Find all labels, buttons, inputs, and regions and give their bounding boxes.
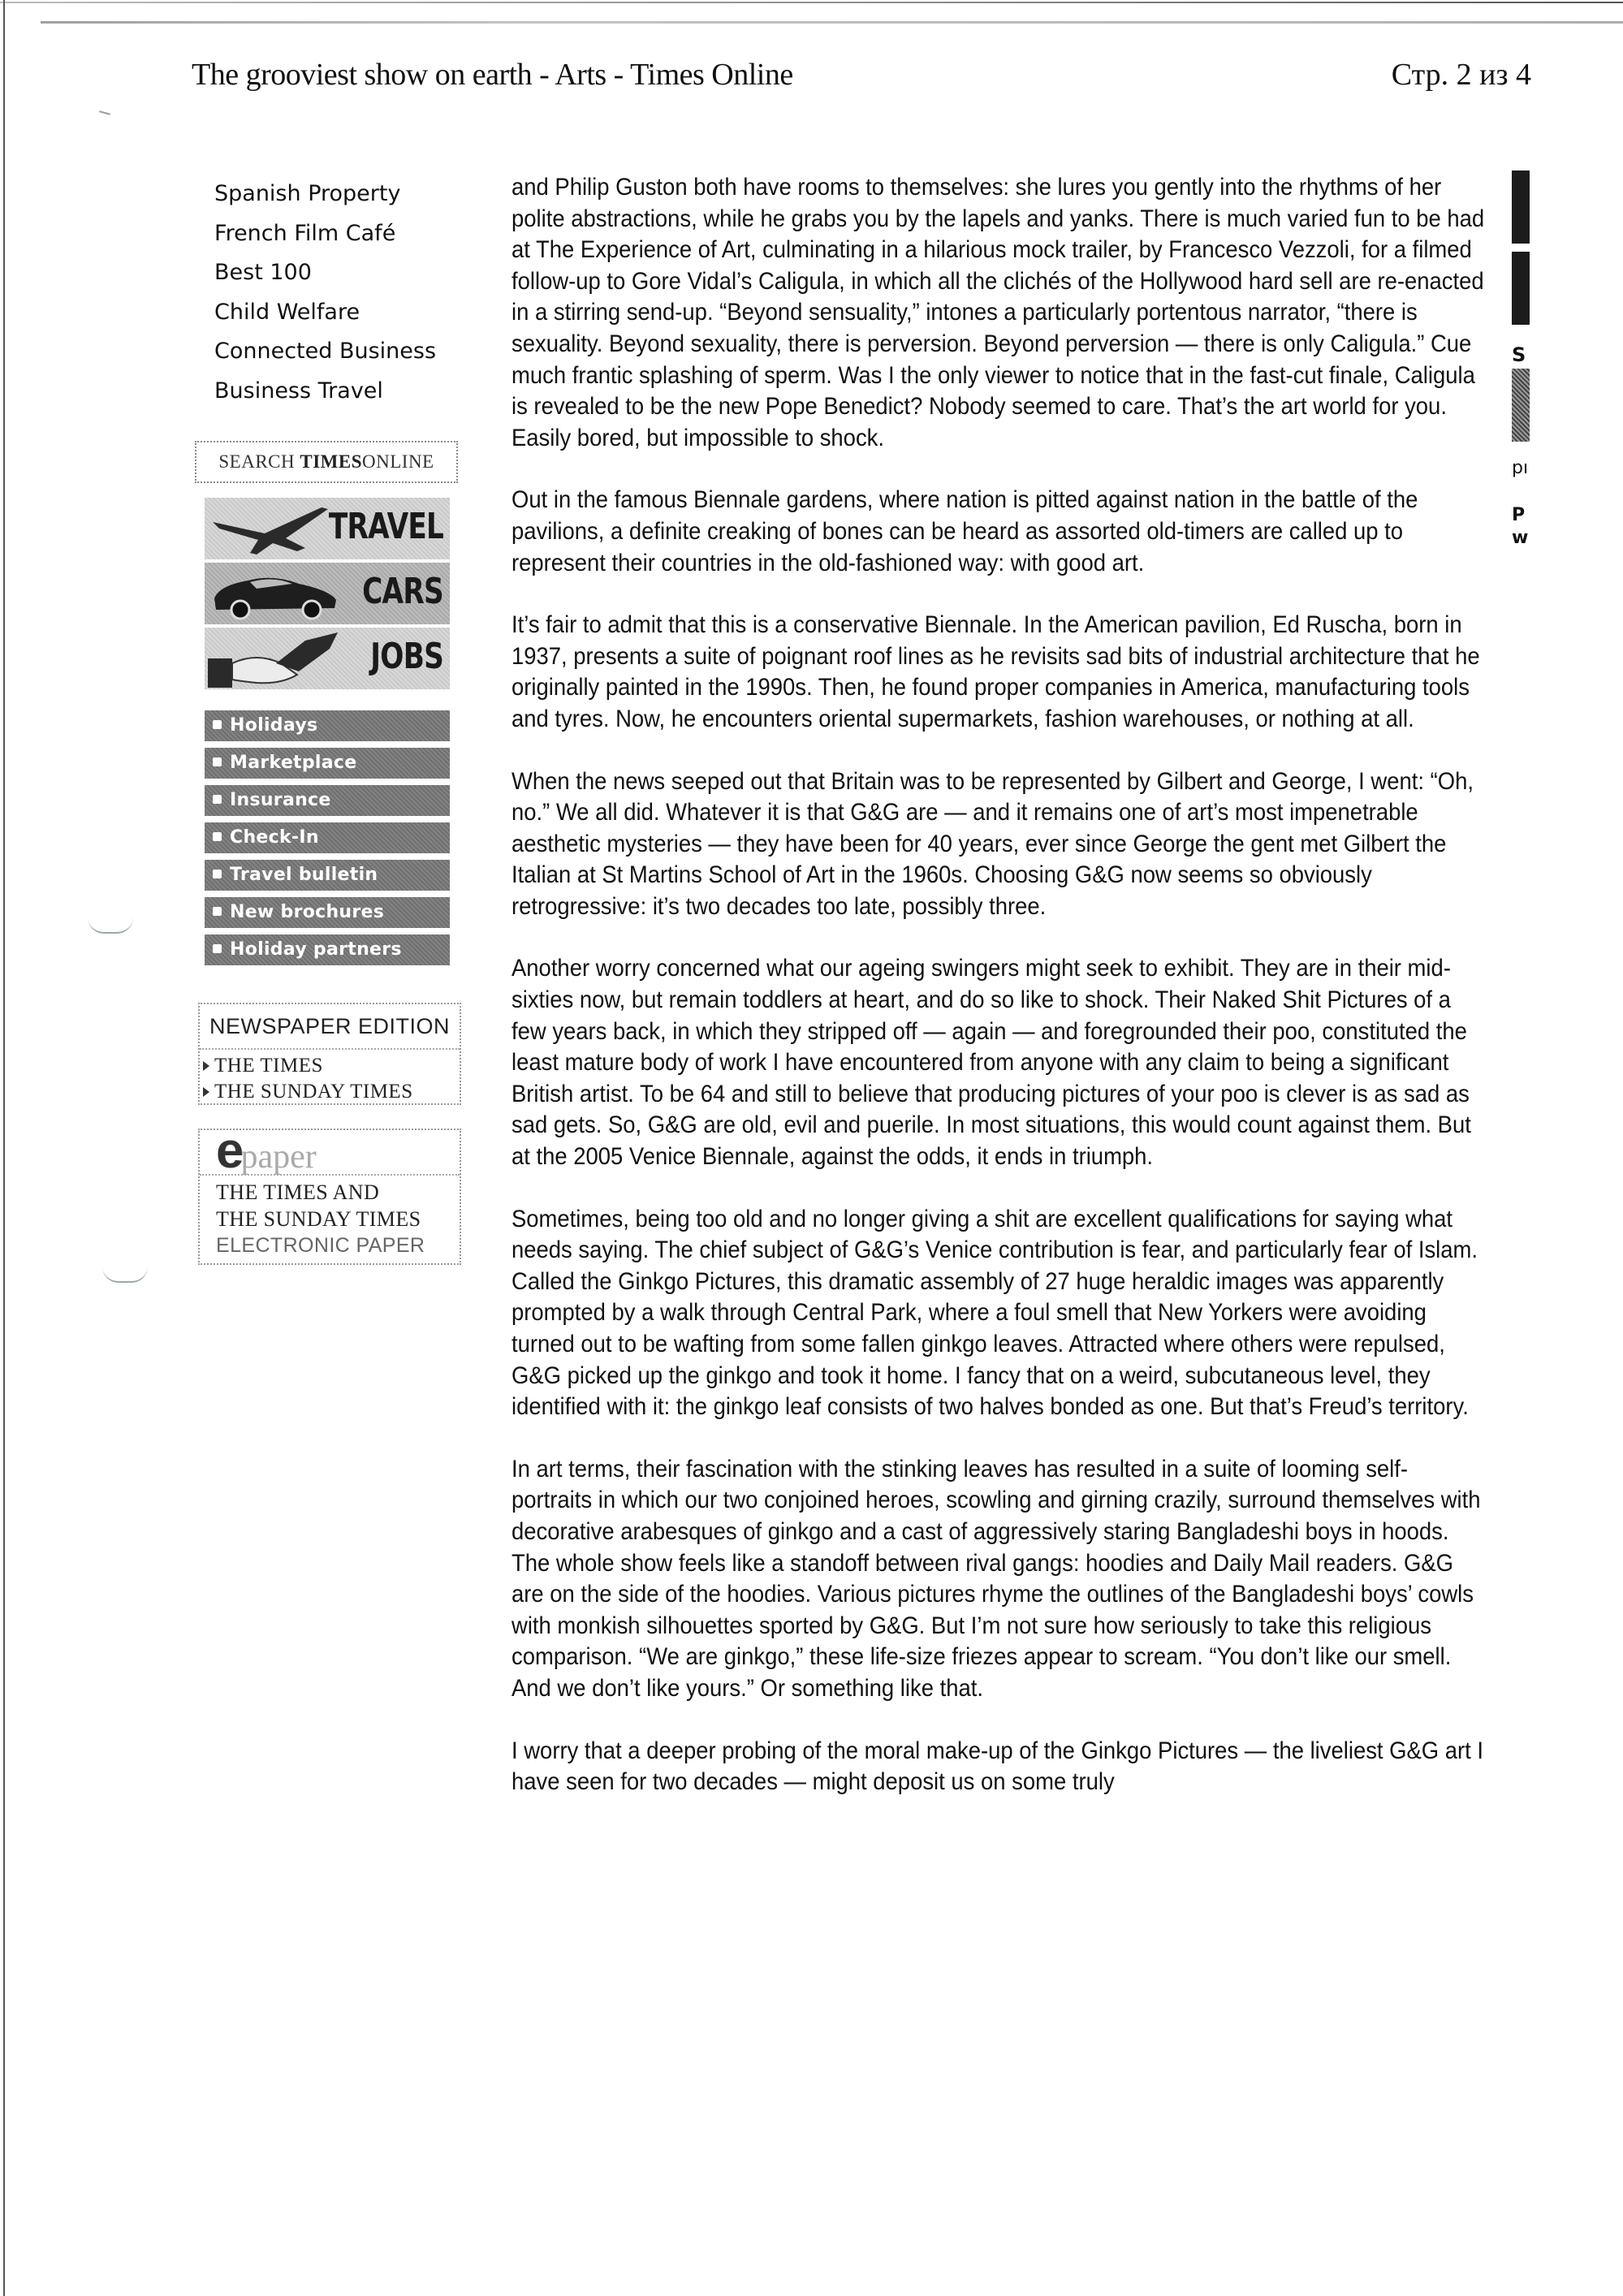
square-bullet-icon <box>213 720 222 729</box>
nav-button-marketplace[interactable]: Marketplace <box>205 748 450 779</box>
right-column-cutoff: S pı P w <box>1512 170 1530 549</box>
sidebar-link-best-100[interactable]: Best 100 <box>214 253 469 293</box>
promo-travel[interactable]: TRAVEL <box>205 498 450 559</box>
scan-mark <box>99 110 110 115</box>
article-paragraph: Sometimes, being too old and no longer g… <box>512 1204 1486 1423</box>
text-fragment[interactable]: P <box>1512 503 1530 528</box>
nav-button-holidays[interactable]: Holidays <box>205 710 450 741</box>
newspaper-edition-box: NEWSPAPER EDITION THE TIMES THE SUNDAY T… <box>198 1003 461 1105</box>
punch-hole <box>102 1267 148 1283</box>
triangle-right-icon <box>203 1087 209 1097</box>
promo-jobs[interactable]: JOBS <box>205 628 450 689</box>
nav-button-check-in[interactable]: Check-In <box>205 822 450 853</box>
page-counter: Стр. 2 из 4 <box>1392 57 1531 93</box>
nav-button-label: Check-In <box>230 827 319 848</box>
newspaper-edition-heading: NEWSPAPER EDITION <box>200 1004 460 1050</box>
epaper-promo[interactable]: epaper THE TIMES AND THE SUNDAY TIMES EL… <box>198 1129 461 1265</box>
sidebar-link-child-welfare[interactable]: Child Welfare <box>214 293 469 333</box>
search-suffix: ONLINE <box>362 451 434 472</box>
search-times-online-button[interactable]: SEARCH TIMESONLINE <box>195 441 458 483</box>
epaper-line: ELECTRONIC PAPER <box>200 1232 460 1259</box>
article-paragraph: Out in the famous Biennale gardens, wher… <box>512 485 1486 579</box>
epaper-line: THE TIMES AND <box>200 1179 460 1206</box>
promo-jobs-label: JOBS <box>370 636 443 678</box>
article-paragraph: I worry that a deeper probing of the mor… <box>512 1736 1486 1798</box>
search-brand: TIMES <box>300 451 362 472</box>
sidebar-link-spanish-property[interactable]: Spanish Property <box>214 175 469 214</box>
promo-cars-label: CARS <box>362 571 443 613</box>
thumbnail-image[interactable] <box>1512 170 1530 244</box>
thumbnail-image[interactable] <box>1512 369 1530 442</box>
nav-button-insurance[interactable]: Insurance <box>205 785 450 816</box>
article-paragraph: In art terms, their fascination with the… <box>512 1454 1486 1705</box>
scan-edge-line <box>0 2 1623 3</box>
nav-button-travel-bulletin[interactable]: Travel bulletin <box>205 860 450 891</box>
text-fragment: pı <box>1512 456 1530 481</box>
text-fragment[interactable]: w <box>1512 528 1530 549</box>
airplane-icon <box>208 501 338 558</box>
punch-hole <box>88 917 133 934</box>
travel-nav-buttons: Holidays Marketplace Insurance Check-In … <box>205 710 450 972</box>
square-bullet-icon <box>213 870 222 878</box>
article-body: and Philip Guston both have rooms to the… <box>512 172 1486 1829</box>
link-the-times[interactable]: THE TIMES <box>200 1053 460 1079</box>
sidebar: Spanish Property French Film Café Best 1… <box>193 175 469 411</box>
square-bullet-icon <box>213 832 222 841</box>
square-bullet-icon <box>213 944 222 953</box>
link-the-sunday-times[interactable]: THE SUNDAY TIMES <box>200 1079 460 1105</box>
sidebar-link-connected-business[interactable]: Connected Business <box>214 332 469 372</box>
epaper-logo-word: paper <box>240 1138 316 1176</box>
heading-fragment[interactable]: S <box>1512 343 1530 367</box>
print-footer <box>0 2280 1623 2296</box>
page-title: The grooviest show on earth - Arts - Tim… <box>192 57 793 93</box>
nav-button-new-brochures[interactable]: New brochures <box>205 897 450 928</box>
scan-edge-line <box>41 21 1623 24</box>
nav-button-holiday-partners[interactable]: Holiday partners <box>205 934 450 965</box>
promo-travel-label: TRAVEL <box>329 506 443 548</box>
sidebar-link-business-travel[interactable]: Business Travel <box>214 372 469 412</box>
epaper-logo: epaper <box>200 1130 460 1176</box>
link-label: THE SUNDAY TIMES <box>214 1081 413 1103</box>
sidebar-link-french-film-cafe[interactable]: French Film Café <box>214 214 469 254</box>
promo-cars[interactable]: CARS <box>205 563 450 624</box>
nav-button-label: Travel bulletin <box>230 865 378 885</box>
handshake-icon <box>208 631 346 688</box>
article-paragraph: It’s fair to admit that this is a conser… <box>512 610 1486 735</box>
thumbnail-image[interactable] <box>1512 252 1530 325</box>
car-icon <box>208 566 346 623</box>
scan-edge-line <box>3 0 5 2296</box>
search-prefix: SEARCH <box>218 451 295 472</box>
article-paragraph: Another worry concerned what our ageing … <box>512 953 1486 1172</box>
article-paragraph: and Philip Guston both have rooms to the… <box>512 172 1486 454</box>
square-bullet-icon <box>213 907 222 916</box>
article-paragraph: When the news seeped out that Britain wa… <box>512 766 1486 923</box>
print-header: The grooviest show on earth - Arts - Tim… <box>192 57 1531 97</box>
link-label: THE TIMES <box>214 1055 323 1077</box>
nav-button-label: New brochures <box>230 902 384 922</box>
nav-button-label: Insurance <box>230 790 331 810</box>
nav-button-label: Holidays <box>230 715 317 736</box>
square-bullet-icon <box>213 795 222 804</box>
square-bullet-icon <box>213 757 222 766</box>
sidebar-links: Spanish Property French Film Café Best 1… <box>193 175 469 411</box>
epaper-line: THE SUNDAY TIMES <box>200 1206 460 1232</box>
triangle-right-icon <box>203 1061 209 1071</box>
nav-button-label: Holiday partners <box>230 939 402 960</box>
nav-button-label: Marketplace <box>230 753 356 773</box>
